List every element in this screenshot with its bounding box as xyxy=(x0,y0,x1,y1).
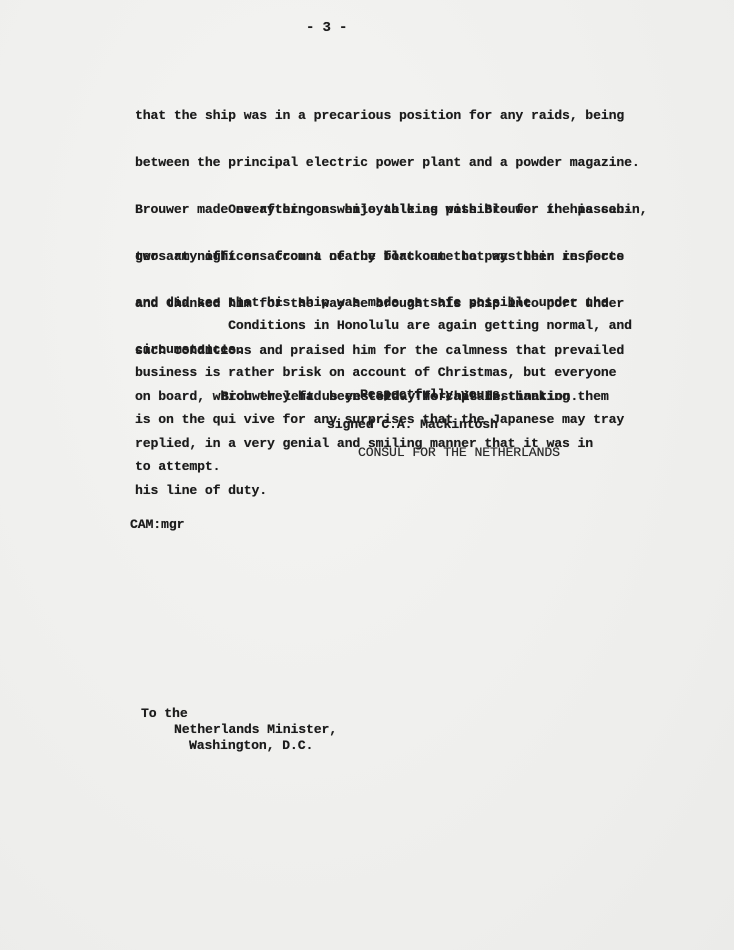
text-line: One afternoon while talking with Brouwer… xyxy=(135,202,647,218)
text-line: between the principal electric power pla… xyxy=(135,155,640,171)
addressee-line-2: Netherlands Minister, xyxy=(174,722,337,738)
page-number: - 3 - xyxy=(306,21,347,37)
reference-initials: CAM:mgr xyxy=(130,517,184,533)
addressee-line-1: To the xyxy=(141,706,188,722)
signer-title: CONSUL FOR THE NETHERLANDS xyxy=(358,445,560,461)
letter-page: - 3 - that the ship was in a precarious … xyxy=(0,0,734,950)
text-line: Conditions in Honolulu are again getting… xyxy=(135,318,632,334)
text-line: two army officers from a nearby fort cam… xyxy=(135,249,647,265)
text-line: that the ship was in a precarious positi… xyxy=(135,108,640,124)
text-line: to attempt. xyxy=(135,459,632,475)
addressee-line-3: Washington, D.C. xyxy=(189,738,313,754)
signature: signed C.A. Mackintosh xyxy=(327,417,498,433)
closing-salutation: Respectfully yours, xyxy=(360,387,508,403)
